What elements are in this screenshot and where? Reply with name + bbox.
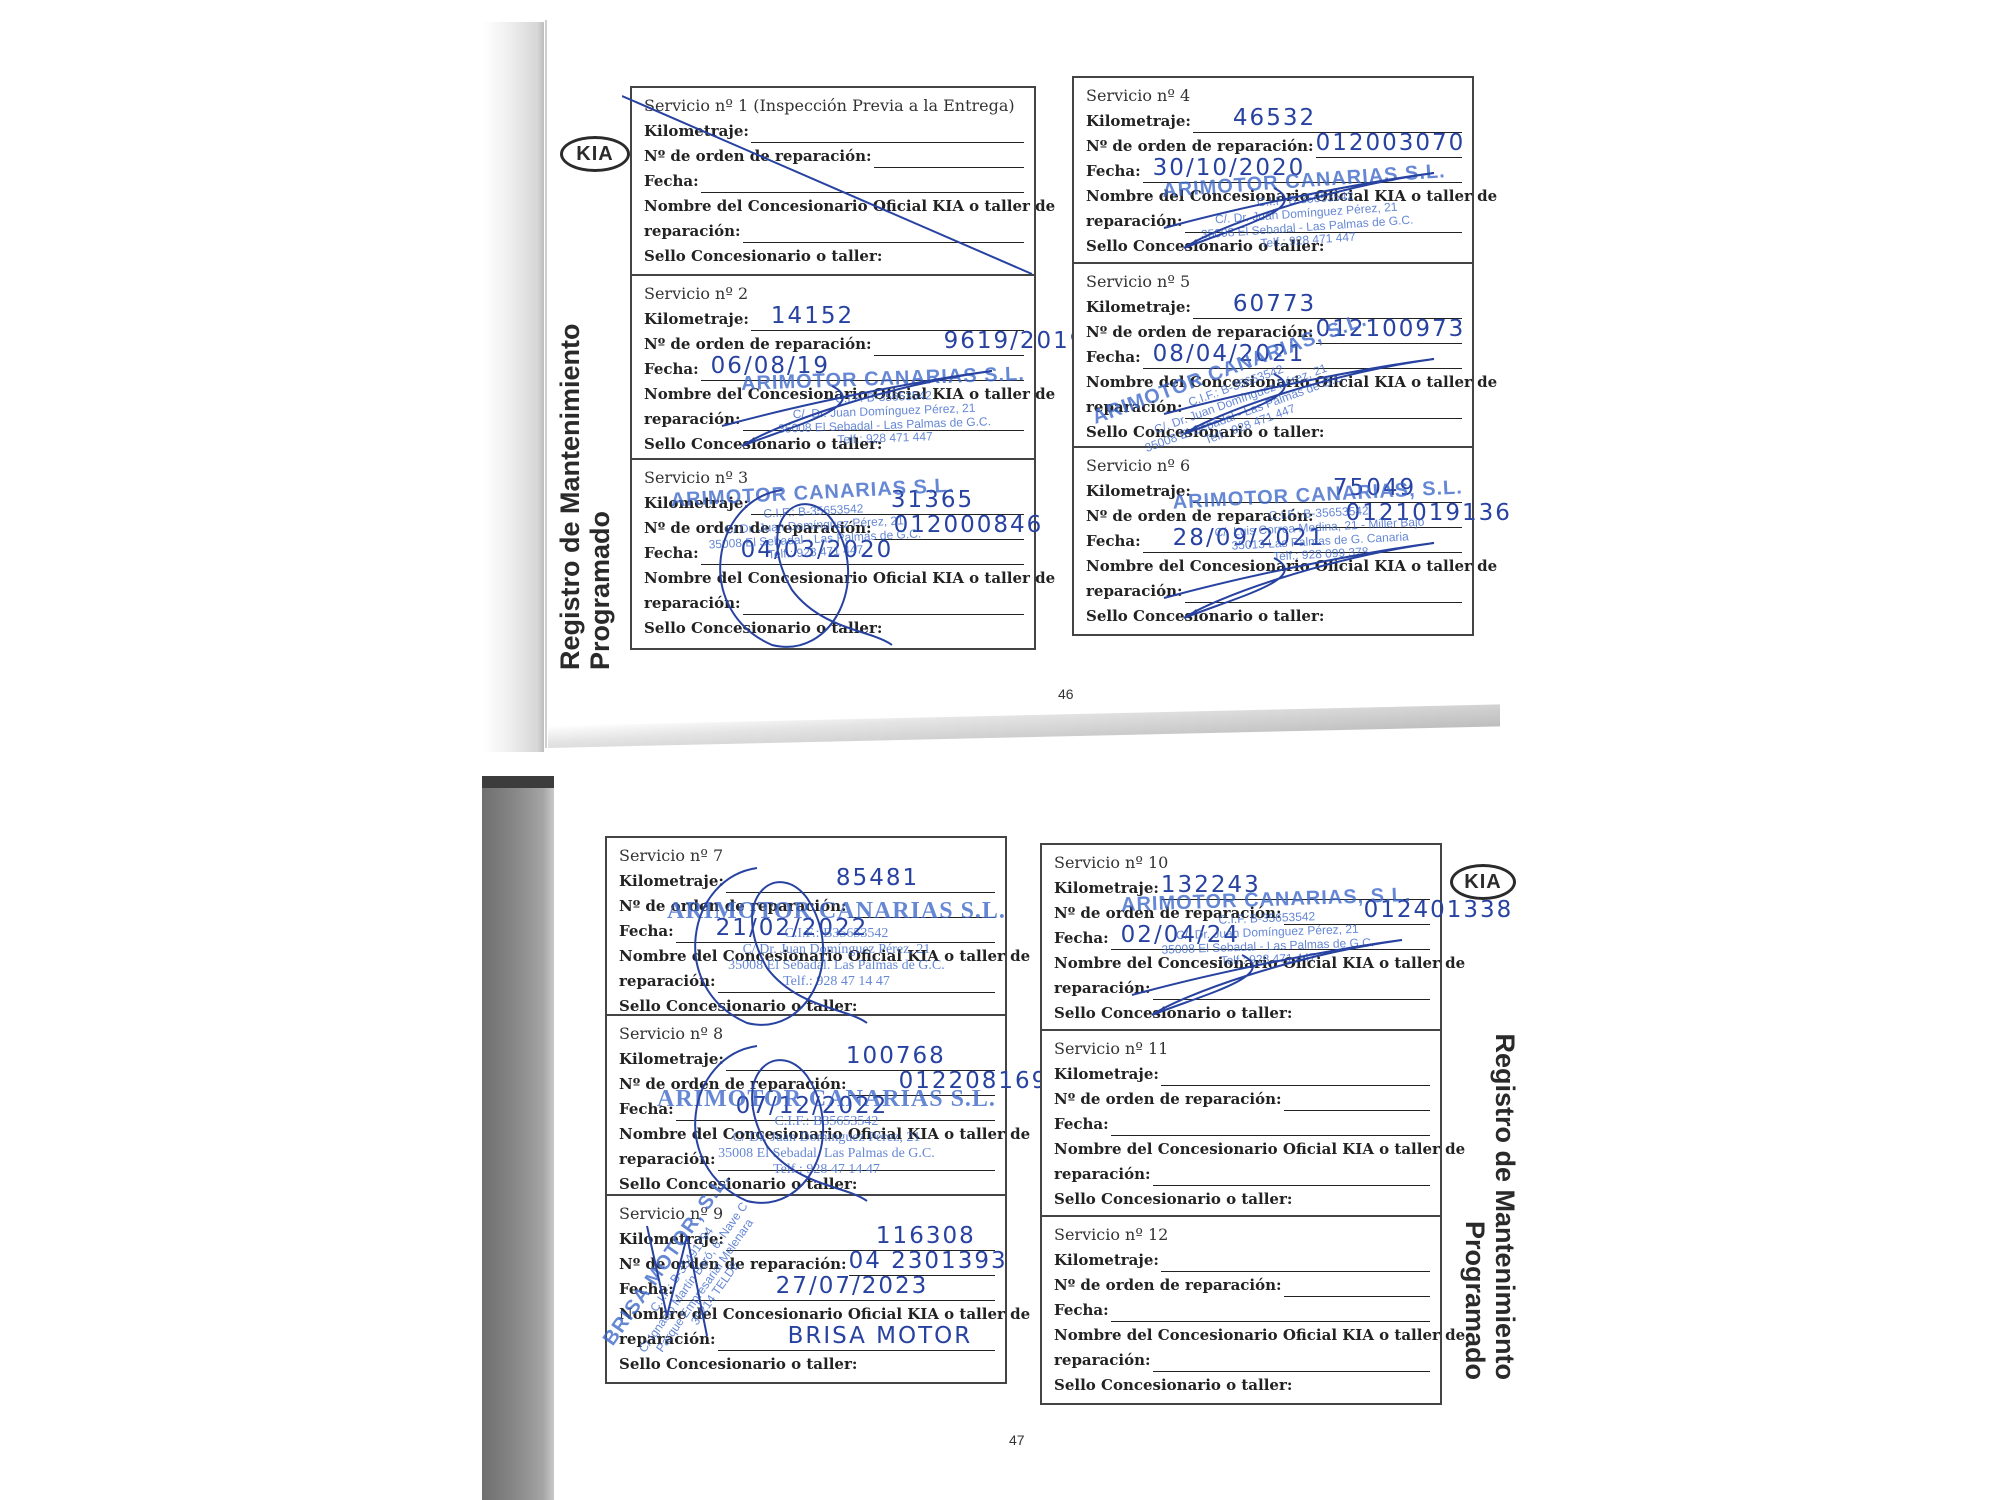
- sello-label: Sello Concesionario o taller:: [619, 1172, 857, 1196]
- fecha-value: 08/04/2021: [1153, 342, 1306, 366]
- nombre-label: Nombre del Concesionario Oficial KIA o t…: [1086, 184, 1497, 208]
- reparacion-label: reparación:: [644, 219, 741, 243]
- sello-label: Sello Concesionario o taller:: [644, 616, 882, 640]
- nombre-label-row: Nombre del Concesionario Oficial KIA o t…: [619, 1121, 995, 1146]
- service-record-9: Servicio nº 9 Kilometraje:116308 Nº de o…: [607, 1196, 1005, 1382]
- orden-field[interactable]: Nº de orden de reparación:: [644, 143, 1024, 168]
- kilometraje-label: Kilometraje:: [1054, 1062, 1159, 1086]
- fecha-label: Fecha:: [619, 1097, 674, 1121]
- fecha-field[interactable]: Fecha:: [1054, 1297, 1430, 1322]
- nombre-label-row: Nombre del Concesionario Oficial KIA o t…: [1054, 1136, 1430, 1161]
- nombre-label: Nombre del Concesionario Oficial KIA o t…: [1086, 370, 1497, 394]
- fecha-label: Fecha:: [1054, 926, 1109, 950]
- kia-logo-text: KIA: [1464, 871, 1501, 894]
- sello-label: Sello Concesionario o taller:: [619, 1352, 857, 1376]
- taller-field[interactable]: reparación:: [1054, 975, 1430, 1000]
- kilometraje-field[interactable]: Kilometraje:: [1054, 1247, 1430, 1272]
- orden-field[interactable]: Nº de orden de reparación:9619/2019: [644, 331, 1024, 356]
- kilometraje-value: 100768: [846, 1044, 946, 1068]
- service-record-8: Servicio nº 8 Kilometraje:100768 Nº de o…: [607, 1016, 1005, 1196]
- taller-field[interactable]: reparación:: [644, 590, 1024, 615]
- orden-value: 9619/2019: [944, 329, 1087, 353]
- kilometraje-value: 46532: [1233, 106, 1316, 130]
- kilometraje-label: Kilometraje:: [1086, 109, 1191, 133]
- kilometraje-label: Kilometraje:: [644, 119, 749, 143]
- reparacion-label: reparación:: [619, 1147, 716, 1171]
- fecha-value: 30/10/2020: [1153, 156, 1306, 180]
- fecha-field[interactable]: Fecha:28/09/2021: [1086, 528, 1462, 553]
- fecha-field[interactable]: Fecha:27/07/2023: [619, 1276, 995, 1301]
- section-title-line1: Registro de Mantenimiento: [555, 290, 585, 670]
- kilometraje-value: 31365: [891, 488, 974, 512]
- fecha-value: 04/03/2020: [741, 538, 894, 562]
- fecha-field[interactable]: Fecha:07/12/2022: [619, 1096, 995, 1121]
- sello-row: Sello Concesionario o taller:: [1086, 233, 1462, 258]
- sello-row: Sello Concesionario o taller:: [619, 1351, 995, 1376]
- kilometraje-label: Kilometraje:: [1086, 479, 1191, 503]
- nombre-label-row: Nombre del Concesionario Oficial KIA o t…: [1086, 369, 1462, 394]
- sello-label: Sello Concesionario o taller:: [1086, 420, 1324, 444]
- nombre-label: Nombre del Concesionario Oficial KIA o t…: [1054, 1137, 1465, 1161]
- taller-field[interactable]: reparación:: [1054, 1161, 1430, 1186]
- orden-label: Nº de orden de reparación:: [1054, 1087, 1282, 1111]
- kilometraje-label: Kilometraje:: [1086, 295, 1191, 319]
- sello-row: Sello Concesionario o taller:: [644, 431, 1024, 456]
- fecha-label: Fecha:: [1086, 159, 1141, 183]
- kilometraje-value: 14152: [771, 304, 854, 328]
- sello-label: Sello Concesionario o taller:: [1086, 604, 1324, 628]
- orden-value: 012100973: [1316, 317, 1466, 341]
- sello-label: Sello Concesionario o taller:: [644, 244, 882, 268]
- orden-value: 04 2301393: [849, 1249, 1008, 1273]
- sello-label: Sello Concesionario o taller:: [644, 432, 882, 456]
- fecha-field[interactable]: Fecha:02/04/24: [1054, 925, 1430, 950]
- sello-row: Sello Concesionario o taller:: [1086, 419, 1462, 444]
- kilometraje-field[interactable]: Kilometraje:: [1054, 1061, 1430, 1086]
- fecha-field[interactable]: Fecha:30/10/2020: [1086, 158, 1462, 183]
- orden-value: 0121019136: [1346, 501, 1512, 525]
- sello-row: Sello Concesionario o taller:: [1054, 1372, 1430, 1397]
- orden-value: 012000846: [894, 513, 1044, 537]
- nombre-label: Nombre del Concesionario Oficial KIA o t…: [1054, 951, 1465, 975]
- orden-label: Nº de orden de reparación:: [644, 144, 872, 168]
- services-column-page47-left: Servicio nº 7 Kilometraje:85481 Nº de or…: [605, 836, 1007, 1384]
- fecha-label: Fecha:: [1086, 345, 1141, 369]
- service-record-3: Servicio nº 3 Kilometraje:31365 Nº de or…: [632, 460, 1034, 648]
- reparacion-label: reparación:: [1054, 1348, 1151, 1372]
- kilometraje-label: Kilometraje:: [644, 307, 749, 331]
- reparacion-label: reparación:: [619, 969, 716, 993]
- sello-row: Sello Concesionario o taller:: [619, 993, 995, 1018]
- fecha-label: Fecha:: [1086, 529, 1141, 553]
- fecha-label: Fecha:: [619, 1277, 674, 1301]
- orden-field[interactable]: Nº de orden de reparación:: [1054, 1086, 1430, 1111]
- page-number-46: 46: [1058, 686, 1074, 702]
- taller-field[interactable]: reparación:BRISA MOTOR: [619, 1326, 995, 1351]
- fecha-value: 28/09/2021: [1173, 526, 1326, 550]
- orden-value: 012208169: [899, 1069, 1049, 1093]
- sello-row: Sello Concesionario o taller:: [619, 1171, 995, 1196]
- nombre-label-row: Nombre del Concesionario Oficial KIA o t…: [1054, 950, 1430, 975]
- kilometraje-label: Kilometraje:: [619, 1227, 724, 1251]
- reparacion-label: reparación:: [644, 591, 741, 615]
- nombre-label-row: Nombre del Concesionario Oficial KIA o t…: [644, 193, 1024, 218]
- taller-field[interactable]: reparación:: [1086, 208, 1462, 233]
- taller-field[interactable]: reparación:: [1054, 1347, 1430, 1372]
- nombre-label-row: Nombre del Concesionario Oficial KIA o t…: [644, 381, 1024, 406]
- kilometraje-label: Kilometraje:: [1054, 876, 1159, 900]
- fecha-field[interactable]: Fecha:21/02/2022: [619, 918, 995, 943]
- service-record-11: Servicio nº 11 Kilometraje: Nº de orden …: [1042, 1031, 1440, 1217]
- sello-label: Sello Concesionario o taller:: [1054, 1187, 1292, 1211]
- services-column-page47-right: Servicio nº 10 Kilometraje:132243 Nº de …: [1040, 843, 1442, 1405]
- service-record-10: Servicio nº 10 Kilometraje:132243 Nº de …: [1042, 845, 1440, 1031]
- service-title: Servicio nº 7: [619, 844, 995, 868]
- orden-field[interactable]: Nº de orden de reparación:: [1054, 1272, 1430, 1297]
- fecha-field[interactable]: Fecha:: [644, 168, 1024, 193]
- nombre-label: Nombre del Concesionario Oficial KIA o t…: [644, 382, 1055, 406]
- nombre-label: Nombre del Concesionario Oficial KIA o t…: [644, 566, 1055, 590]
- kilometraje-value: 60773: [1233, 292, 1316, 316]
- taller-field[interactable]: reparación:: [619, 1146, 995, 1171]
- kilometraje-label: Kilometraje:: [619, 1047, 724, 1071]
- kilometraje-label: Kilometraje:: [1054, 1248, 1159, 1272]
- nombre-label: Nombre del Concesionario Oficial KIA o t…: [1086, 554, 1497, 578]
- sello-label: Sello Concesionario o taller:: [1086, 234, 1324, 258]
- reparacion-label: reparación:: [1086, 395, 1183, 419]
- sello-label: Sello Concesionario o taller:: [1054, 1001, 1292, 1025]
- taller-field[interactable]: reparación:: [619, 968, 995, 993]
- reparacion-label: reparación:: [1086, 209, 1183, 233]
- service-title: Servicio nº 11: [1054, 1037, 1430, 1061]
- orden-label: Nº de orden de reparación:: [1054, 1273, 1282, 1297]
- kilometraje-value: 132243: [1161, 873, 1261, 897]
- kilometraje-field[interactable]: Kilometraje:: [644, 118, 1024, 143]
- reparacion-label: reparación:: [1086, 579, 1183, 603]
- orden-value: 012003070: [1316, 131, 1466, 155]
- service-record-1: Servicio nº 1 (Inspección Previa a la En…: [632, 88, 1034, 276]
- orden-value: 012401338: [1364, 898, 1514, 922]
- taller-field[interactable]: reparación:: [1086, 578, 1462, 603]
- fecha-field[interactable]: Fecha:04/03/2020: [644, 540, 1024, 565]
- service-record-6: Servicio nº 6 Kilometraje:75049 Nº de or…: [1074, 448, 1472, 634]
- kia-logo-icon: KIA: [560, 136, 630, 172]
- fecha-field[interactable]: Fecha:08/04/2021: [1086, 344, 1462, 369]
- fecha-value: 21/02/2022: [716, 916, 869, 940]
- scan-binding-edge-top: [482, 22, 544, 752]
- taller-field[interactable]: reparación:: [1086, 394, 1462, 419]
- services-column-page46-left: Servicio nº 1 (Inspección Previa a la En…: [630, 86, 1036, 650]
- nombre-label-row: Nombre del Concesionario Oficial KIA o t…: [619, 943, 995, 968]
- section-title-page-47: Registro de Mantenimiento Programado: [1460, 1000, 1520, 1380]
- taller-field[interactable]: reparación:: [644, 406, 1024, 431]
- sello-label: Sello Concesionario o taller:: [619, 994, 857, 1018]
- section-title-line1: Registro de Mantenimiento: [1490, 1000, 1520, 1380]
- nombre-label: Nombre del Concesionario Oficial KIA o t…: [619, 1122, 1030, 1146]
- kia-logo-text: KIA: [576, 143, 613, 166]
- service-title: Servicio nº 12: [1054, 1223, 1430, 1247]
- reparacion-label: reparación:: [619, 1327, 716, 1351]
- taller-value: BRISA MOTOR: [788, 1324, 973, 1348]
- page-number-47: 47: [1009, 1432, 1025, 1448]
- sello-row: Sello Concesionario o taller:: [1054, 1186, 1430, 1211]
- reparacion-label: reparación:: [1054, 976, 1151, 1000]
- reparacion-label: reparación:: [644, 407, 741, 431]
- nombre-label: Nombre del Concesionario Oficial KIA o t…: [644, 194, 1055, 218]
- kia-logo-icon: KIA: [1450, 864, 1516, 900]
- service-record-7: Servicio nº 7 Kilometraje:85481 Nº de or…: [607, 838, 1005, 1016]
- taller-field[interactable]: reparación:: [644, 218, 1024, 243]
- service-record-5: Servicio nº 5 Kilometraje:60773 Nº de or…: [1074, 264, 1472, 448]
- service-record-12: Servicio nº 12 Kilometraje: Nº de orden …: [1042, 1217, 1440, 1403]
- sello-row: Sello Concesionario o taller:: [1086, 603, 1462, 628]
- fecha-value: 02/04/24: [1121, 923, 1240, 947]
- kilometraje-value: 75049: [1333, 476, 1416, 500]
- kilometraje-value: 85481: [836, 866, 919, 890]
- kilometraje-value: 116308: [876, 1224, 976, 1248]
- fecha-value: 06/08/19: [711, 354, 830, 378]
- nombre-label-row: Nombre del Concesionario Oficial KIA o t…: [1054, 1322, 1430, 1347]
- fecha-label: Fecha:: [619, 919, 674, 943]
- sello-row: Sello Concesionario o taller:: [644, 615, 1024, 640]
- fecha-label: Fecha:: [644, 541, 699, 565]
- kilometraje-label: Kilometraje:: [644, 491, 749, 515]
- fecha-label: Fecha:: [644, 169, 699, 193]
- services-column-page46-right: Servicio nº 4 Kilometraje:46532 Nº de or…: [1072, 76, 1474, 636]
- sello-row: Sello Concesionario o taller:: [1054, 1000, 1430, 1025]
- fecha-field[interactable]: Fecha:06/08/19: [644, 356, 1024, 381]
- reparacion-label: reparación:: [1054, 1162, 1151, 1186]
- nombre-label: Nombre del Concesionario Oficial KIA o t…: [619, 944, 1030, 968]
- fecha-label: Fecha:: [1054, 1298, 1109, 1322]
- nombre-label: Nombre del Concesionario Oficial KIA o t…: [1054, 1323, 1465, 1347]
- scan-binding-edge-bottom: [482, 776, 554, 1500]
- fecha-value: 27/07/2023: [776, 1274, 929, 1298]
- service-record-4: Servicio nº 4 Kilometraje:46532 Nº de or…: [1074, 78, 1472, 264]
- kilometraje-label: Kilometraje:: [619, 869, 724, 893]
- scan-binding-shadow: [482, 776, 554, 788]
- kilometraje-field[interactable]: Kilometraje:85481: [619, 868, 995, 893]
- sello-row: Sello Concesionario o taller:: [644, 243, 1024, 268]
- nombre-label-row: Nombre del Concesionario Oficial KIA o t…: [1086, 183, 1462, 208]
- fecha-label: Fecha:: [644, 357, 699, 381]
- section-title-page-46: Registro de Mantenimiento Programado: [555, 290, 615, 670]
- nombre-label-row: Nombre del Concesionario Oficial KIA o t…: [1086, 553, 1462, 578]
- sello-label: Sello Concesionario o taller:: [1054, 1373, 1292, 1397]
- orden-field[interactable]: Nº de orden de reparación:012401338: [1054, 900, 1430, 925]
- fecha-value: 07/12/2022: [736, 1094, 889, 1118]
- service-title: Servicio nº 1 (Inspección Previa a la En…: [644, 94, 1024, 118]
- fecha-field[interactable]: Fecha:: [1054, 1111, 1430, 1136]
- service-record-2: Servicio nº 2 Kilometraje:14152 Nº de or…: [632, 276, 1034, 460]
- section-title-line2: Programado: [585, 290, 615, 670]
- nombre-label-row: Nombre del Concesionario Oficial KIA o t…: [644, 565, 1024, 590]
- fecha-label: Fecha:: [1054, 1112, 1109, 1136]
